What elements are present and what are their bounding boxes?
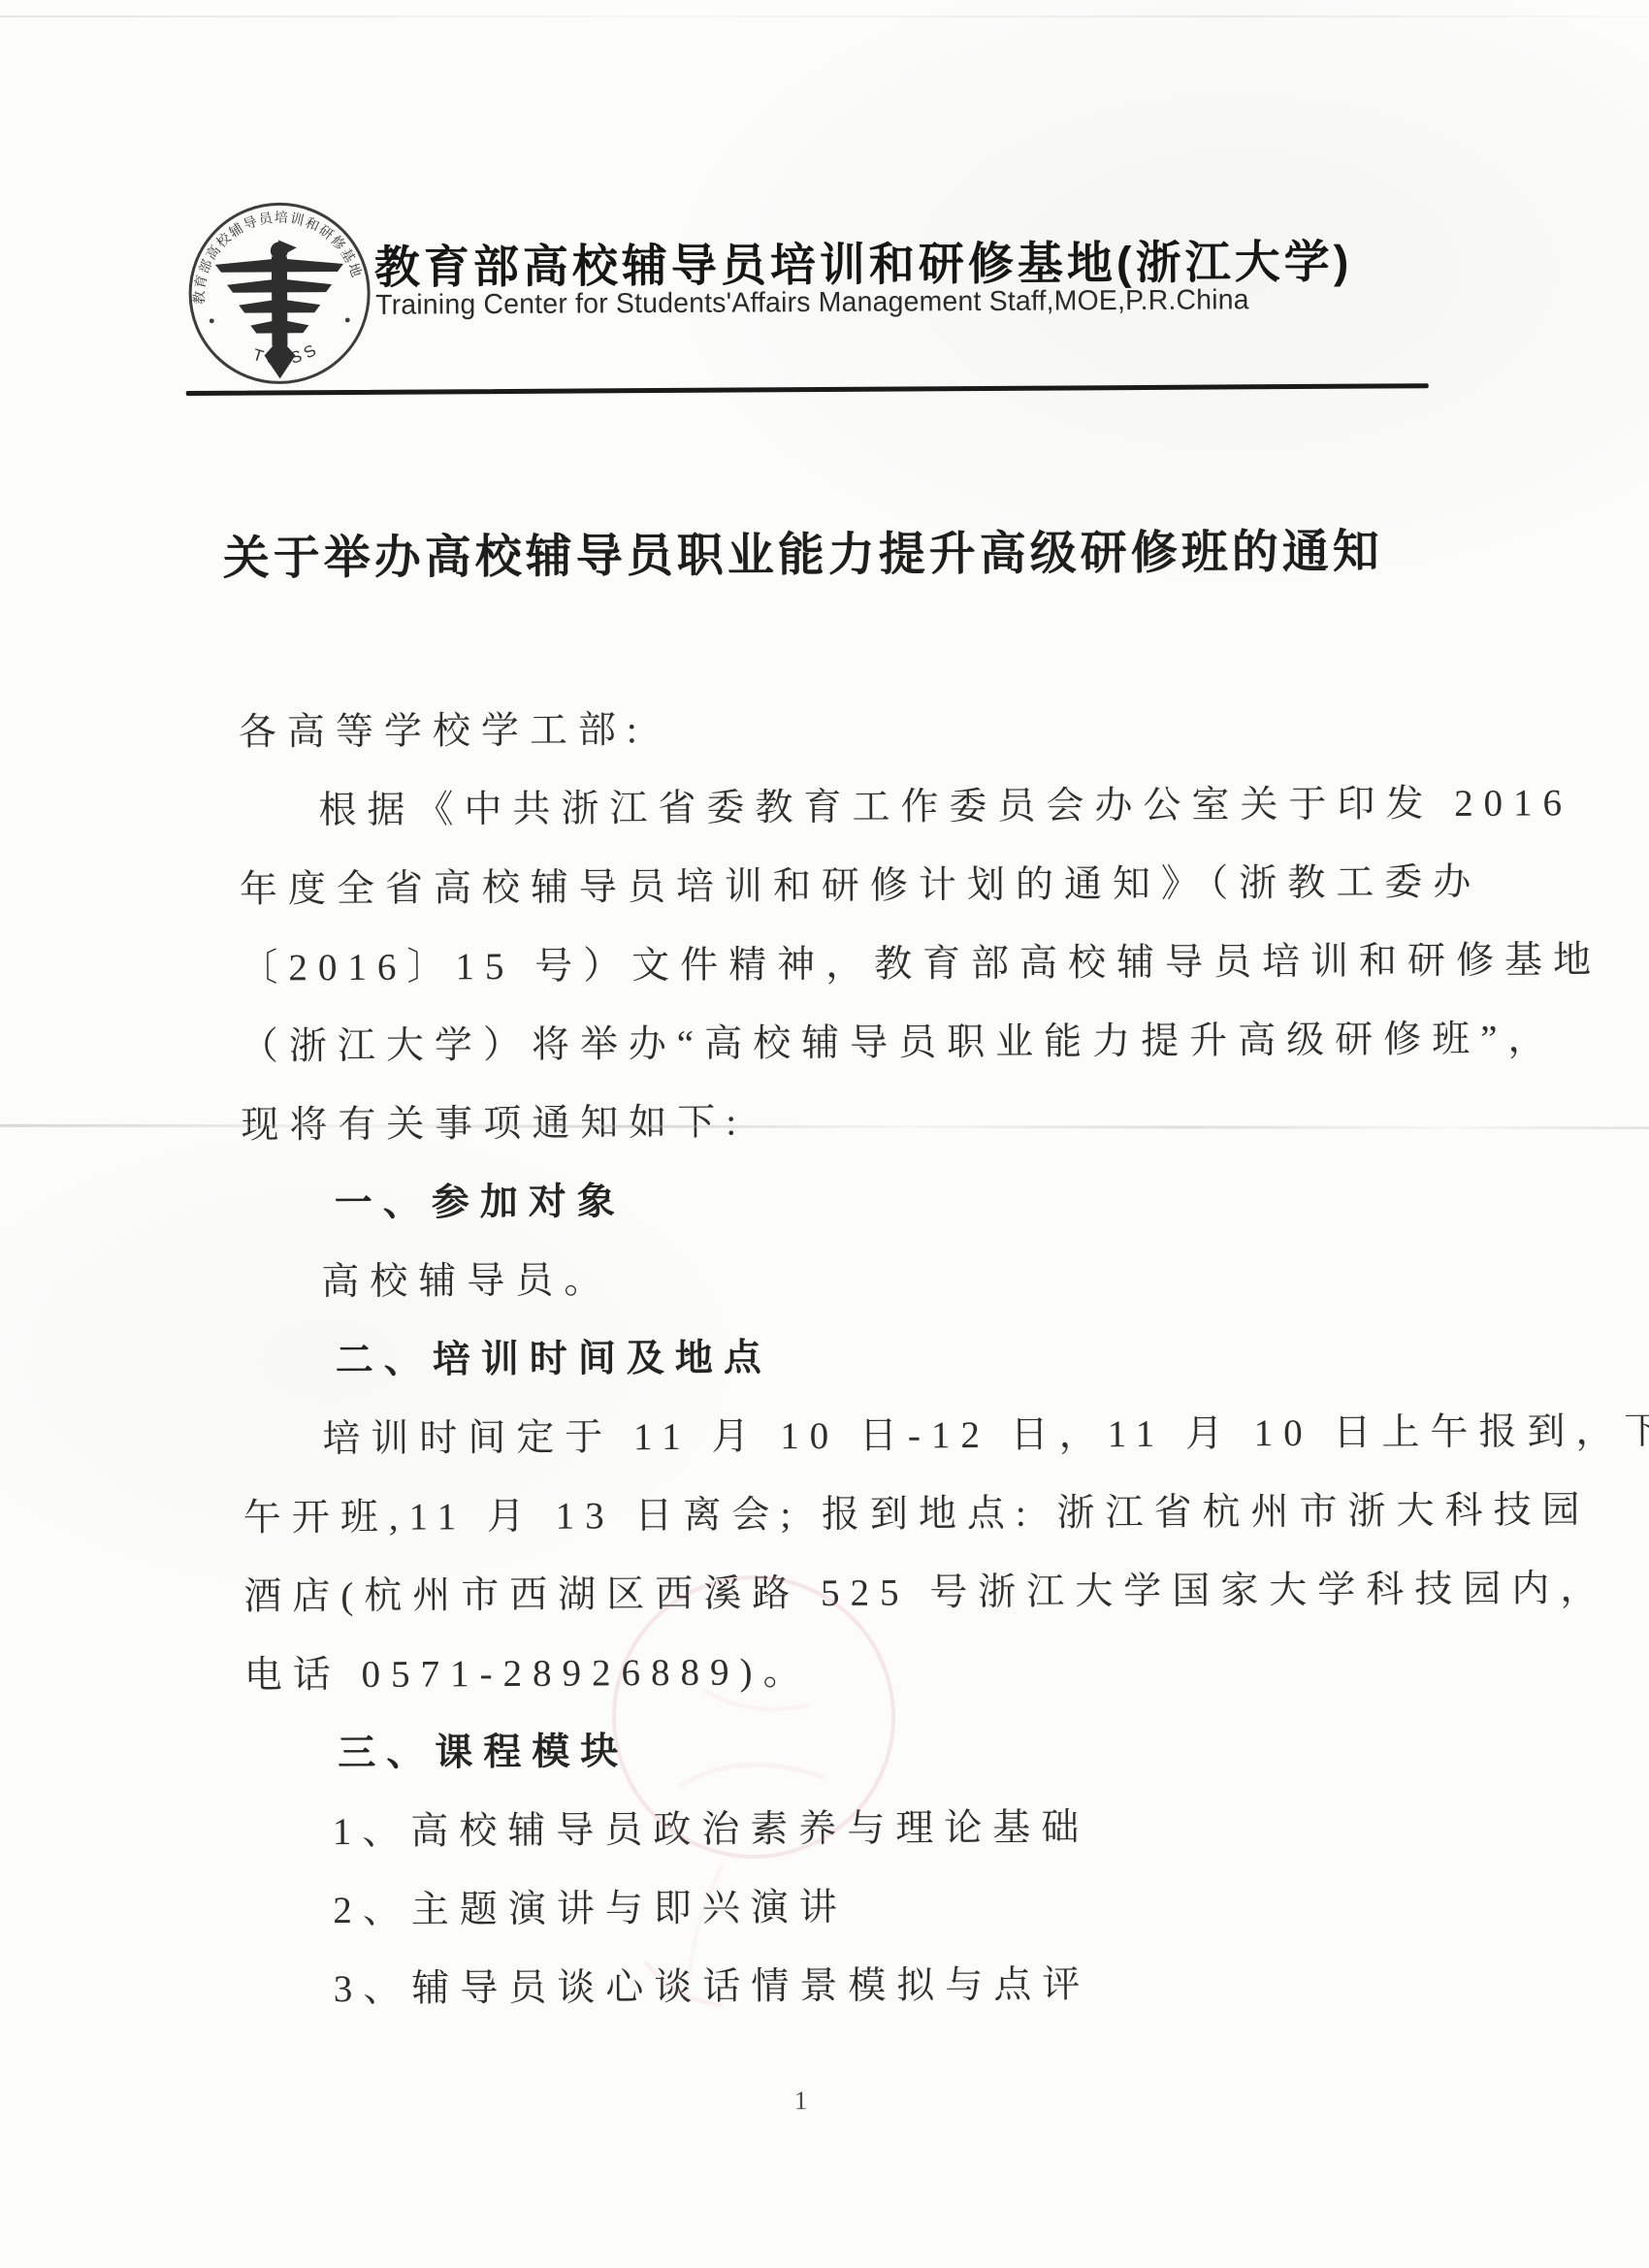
seal-left-dot <box>210 318 214 323</box>
seal-graphic: 教育部高校辅导员培训和研修基地 TC SS <box>186 200 373 387</box>
participants-text: 高校辅导员。 <box>242 1232 1420 1317</box>
greeting-line: 各高等学校学工部: <box>239 682 1417 767</box>
seal-right-dot <box>345 318 350 323</box>
organization-name-en: Training Center for Students'Affairs Man… <box>375 283 1393 321</box>
page-number: 1 <box>771 2086 829 2116</box>
paragraph-intro-line-2: 年度全省高校辅导员培训和研修计划的通知》（浙教工委办 <box>240 839 1418 924</box>
organization-seal: 教育部高校辅导员培训和研修基地 TC SS <box>186 200 373 387</box>
section-heading-participants: 一、参加对象 <box>242 1153 1420 1239</box>
paragraph-intro-line-3: 〔2016〕15 号）文件精神，教育部高校辅导员培训和研修基地 <box>240 918 1418 1003</box>
time-location-line-2: 午开班,11 月 13 日离会; 报到地点: 浙江省杭州市浙大科技园 <box>243 1468 1422 1553</box>
paragraph-intro-line-5: 现将有关事项通知如下: <box>241 1075 1419 1160</box>
paragraph-intro-line-4: （浙江大学）将举办“高校辅导员职业能力提升高级研修班”， <box>241 996 1419 1082</box>
seal-bleed-through-mark <box>587 1544 936 2088</box>
time-location-line-1: 培训时间定于 11 月 10 日-12 日，11 月 10 日上午报到，下 <box>242 1389 1421 1474</box>
scanned-document-page: 教育部高校辅导员培训和研修基地 TC SS <box>0 0 1649 2268</box>
paragraph-intro-line-1: 根据《中共浙江省委教育工作委员会办公室关于印发 2016 <box>239 761 1417 846</box>
eagle-emblem <box>215 240 344 379</box>
document-title: 关于举办高校辅导员职业能力提升高级研修班的通知 <box>0 512 1608 589</box>
section-heading-time-location: 二、培训时间及地点 <box>242 1311 1421 1396</box>
